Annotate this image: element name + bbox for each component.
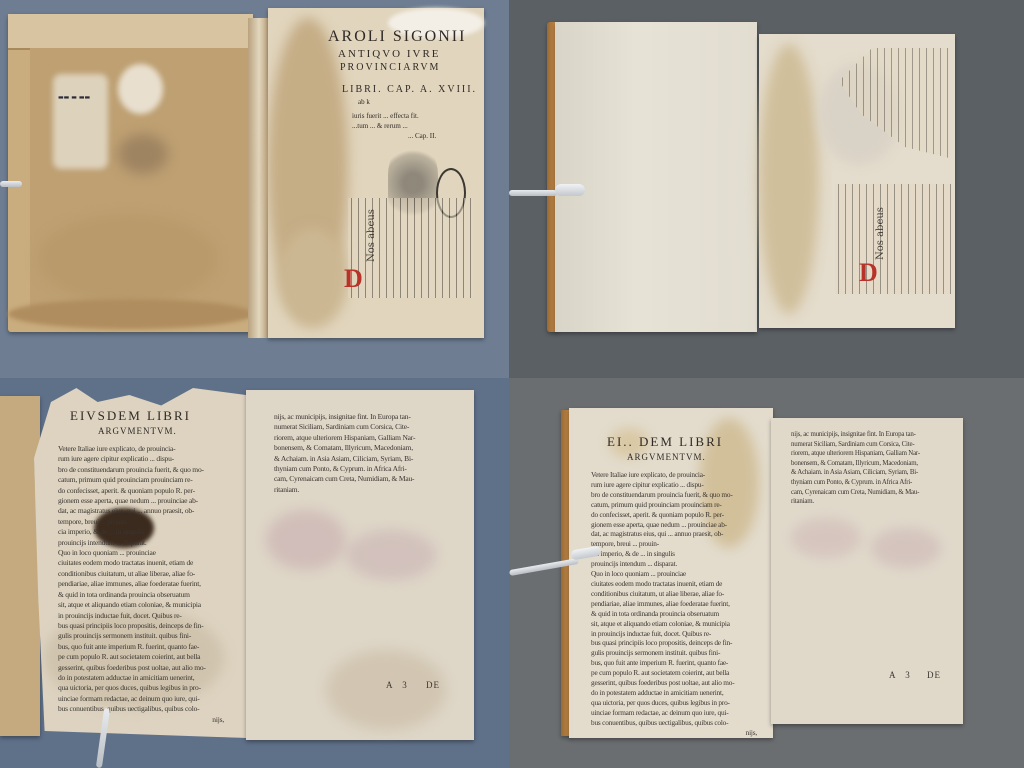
- text-line: Quo in loco quoniam ... prouinciae: [591, 569, 757, 579]
- text-line: Vetere Italiae iure explicato, de prouin…: [591, 470, 757, 480]
- rubricated-initial: D: [344, 264, 363, 294]
- text-line: sit, atque et aliquando etiam coloniae, …: [591, 619, 757, 629]
- argumentum-subheading: ARGVMENTVM.: [98, 426, 177, 436]
- manuscript-incipit: Nos abeus: [368, 209, 375, 262]
- catchword: DE: [927, 670, 941, 680]
- text-line: Vetere Italiae iure explicato, de prouin…: [58, 444, 224, 454]
- text-line: ritaniam.: [791, 497, 951, 507]
- title-line-6: iuris fuerit ... effecta fit.: [352, 112, 419, 120]
- text-line: uinciae formam redactae, ac deinum quo i…: [591, 708, 757, 718]
- text-line: thyniam cum Ponto, & Cyprum. in Africa A…: [274, 464, 450, 474]
- repaired-title-page: D Nos abeus: [759, 34, 955, 328]
- text-line: bro de constituendarum prouincia fuerit,…: [58, 465, 224, 475]
- text-line: in prouincijs inductae fuit, docet. Quib…: [58, 611, 224, 621]
- text-line: qua uictoria, per quos duces, quibus leg…: [58, 683, 224, 693]
- text-line: tempore, breui ... prouin-: [591, 539, 757, 549]
- panel-bottom-right-after: EI.. DEM LIBRI ARGVMENTVM. Vetere Italia…: [509, 378, 1024, 768]
- text-line: gulis prouincijs sermonem instituit. qui…: [591, 648, 757, 658]
- text-line: gionem esse aperta, quae nedum ... proui…: [591, 520, 757, 530]
- text-line: prouincijs intendum ... disparat.: [591, 559, 757, 569]
- text-line: pe cum populo R. aut societatem coierint…: [58, 652, 224, 662]
- text-line: & quid in tota ordinanda prouincia obser…: [58, 590, 224, 600]
- text-line: cia imperio, & de ... in singulis: [58, 527, 224, 537]
- text-line: qua uictoria, per quos duces, quibus leg…: [591, 698, 757, 708]
- text-line: bus quasi principiis loco propositis, de…: [591, 638, 757, 648]
- text-line: do in potestatem adductae in amicitiam u…: [58, 673, 224, 683]
- text-line: numerat Siciliam, Sardiniam cum Corsica,…: [791, 440, 951, 450]
- title-line-2: ANTIQVO IVRE: [338, 48, 441, 60]
- argumentum-subheading: ARGVMENTVM.: [627, 452, 706, 462]
- title-line-7: ...tum ... & rerum ...: [352, 122, 408, 130]
- text-line: in prouincijs inductae fuit, docet. Quib…: [591, 629, 757, 639]
- text-line: do in potestatem adductae in amicitiam u…: [591, 688, 757, 698]
- inside-front-board: ▬▬ ▬ ▬▬: [8, 14, 253, 332]
- title-page: AROLI SIGONII ANTIQVO IVRE PROVINCIARVM …: [268, 8, 484, 338]
- catchword: DE: [426, 680, 440, 690]
- title-line-5: ab k: [358, 98, 370, 106]
- text-line: pendiariae, aliae immunes, aliae foedera…: [58, 579, 224, 589]
- text-line: bus conuentibus, quibus uectigalibus, qu…: [58, 704, 224, 714]
- panel-bottom-left-before: EIVSDEM LIBRI ARGVMENTVM. Vetere Italiae…: [0, 378, 509, 768]
- text-line: gionem esse aperta, quae nedum ... proui…: [58, 496, 224, 506]
- text-line: bus, quo fuit ante imperium R. fuerint, …: [58, 642, 224, 652]
- argumentum-text-right: nijs, ac municipijs, insignitae fint. In…: [791, 430, 951, 507]
- title-line-3: PROVINCIARVM: [340, 62, 440, 73]
- spatula-tool-tip: [555, 184, 585, 196]
- argumentum-right-page-repaired: nijs, ac municipijs, insignitae fint. In…: [771, 418, 963, 724]
- text-line: gesserint, quibus foederibus post uoltae…: [58, 663, 224, 673]
- argumentum-heading: EIVSDEM LIBRI: [70, 408, 191, 424]
- text-line: uinciae formam redactae, ac deinum quo i…: [58, 694, 224, 704]
- book-spine: [248, 18, 270, 338]
- argumentum-left-page-repaired: EI.. DEM LIBRI ARGVMENTVM. Vetere Italia…: [569, 408, 773, 738]
- text-line: bro de constituendarum prouincia fuerit,…: [591, 490, 757, 500]
- text-line: riorem, atque ulteriorem Hispaniam, Gall…: [791, 449, 951, 459]
- text-line: nijs, ac municipijs, insignitae fint. In…: [791, 430, 951, 440]
- text-line: dat, ac magistratus eius, qui ... annuo …: [591, 529, 757, 539]
- text-line: pe cum populo R. aut societatem coierint…: [591, 668, 757, 678]
- text-line: dat, ac magistratus eius, qui ... annuo …: [58, 506, 224, 516]
- text-line: rum iure agere cipitur explicatio ... di…: [591, 480, 757, 490]
- new-blank-endleaf: [555, 22, 757, 332]
- text-line: catum, primum quid prouinciam prouinciam…: [58, 475, 224, 485]
- text-line: nijs, ac municipijs, insignitae fint. In…: [274, 412, 450, 422]
- argumentum-text-left: Vetere Italiae iure explicato, de prouin…: [591, 470, 757, 737]
- text-line: bus quasi principiis loco propositis, de…: [58, 621, 224, 631]
- text-line: cia imperio, & de ... in singulis: [591, 549, 757, 559]
- spatula-tool: [0, 181, 22, 187]
- text-line: conditionibus ciuitatum, ut aliae libera…: [591, 589, 757, 599]
- title-line-8: ... Cap. II.: [408, 132, 436, 140]
- text-line: nijs,: [58, 715, 224, 725]
- text-line: ciuitates eodem modo tractatas inuenit, …: [58, 558, 224, 568]
- argumentum-text-right: nijs, ac municipijs, insignitae fint. In…: [274, 412, 450, 495]
- text-line: do confecisset, aperit. & quoniam populo…: [591, 510, 757, 520]
- text-line: conditionibus ciuitatum, ut aliae libera…: [58, 569, 224, 579]
- text-line: bonensem, & Comatam, Illyricum, Macedoni…: [791, 459, 951, 469]
- text-line: Quo in loco quoniam ... prouinciae: [58, 548, 224, 558]
- text-line: gulis prouincijs sermonem instituit. qui…: [58, 631, 224, 641]
- text-line: ciuitates eodem modo tractatas inuenit, …: [591, 579, 757, 589]
- text-line: & quid in tota ordinanda prouincia obser…: [591, 609, 757, 619]
- text-line: cam, Cyrenaicam cum Creta, Numidiam, & M…: [274, 474, 450, 484]
- text-line: ritaniam.: [274, 485, 450, 495]
- text-line: sit, atque et aliquando etiam coloniae, …: [58, 600, 224, 610]
- spatula-tool: [509, 190, 557, 196]
- panel-top-left-before: ▬▬ ▬ ▬▬ AROLI SIGONII ANTIQVO IVRE PROVI…: [0, 0, 509, 378]
- title-line-1: AROLI SIGONII: [328, 28, 466, 46]
- signature-mark: A 3: [889, 670, 914, 680]
- text-line: pendiariae, aliae immunes, aliae foedera…: [591, 599, 757, 609]
- text-line: gesserint, quibus foederibus post uoltae…: [591, 678, 757, 688]
- text-line: tempore, breui ... prouin-: [58, 517, 224, 527]
- text-line: catum, primum quid prouinciam prouinciam…: [591, 500, 757, 510]
- board-edge-left: [0, 396, 40, 736]
- argumentum-text-left: Vetere Italiae iure explicato, de prouin…: [58, 444, 224, 725]
- manuscript-fragment-lower: [835, 184, 951, 294]
- text-line: & Achaiam. in Asia Asiam, Ciliciam, Syri…: [791, 468, 951, 478]
- text-line: cam, Cyrenaicam cum Creta, Numidiam, & M…: [791, 488, 951, 498]
- text-line: & Achaiam. in Asia Asiam, Ciliciam, Syri…: [274, 454, 450, 464]
- argumentum-left-page: EIVSDEM LIBRI ARGVMENTVM. Vetere Italiae…: [34, 388, 246, 738]
- text-line: bus, quo fuit ante imperium R. fuerint, …: [591, 658, 757, 668]
- text-line: do confecisset, aperit. & quoniam populo…: [58, 486, 224, 496]
- panel-top-right-after: D Nos abeus: [509, 0, 1024, 378]
- text-line: nijs,: [591, 728, 757, 738]
- ex-libris-label: ▬▬ ▬ ▬▬: [58, 94, 90, 101]
- text-line: rum iure agere cipitur explicatio ... di…: [58, 454, 224, 464]
- text-line: bus conuentibus, quibus uectigalibus, qu…: [591, 718, 757, 728]
- text-line: riorem, atque ulteriorem Hispaniam, Gall…: [274, 433, 450, 443]
- manuscript-incipit: Nos abeus: [877, 207, 884, 260]
- text-line: thyniam cum Ponto, & Cyprum. in Africa A…: [791, 478, 951, 488]
- rubricated-initial: D: [859, 258, 878, 288]
- text-line: numerat Siciliam, Sardiniam cum Corsica,…: [274, 422, 450, 432]
- signature-mark: A 3: [386, 680, 411, 690]
- title-line-4: LIBRI. CAP. A. XVIII.: [342, 84, 477, 95]
- text-line: prouincijs intendum ... disparat.: [58, 538, 224, 548]
- argumentum-right-page: nijs, ac municipijs, insignitae fint. In…: [246, 390, 474, 740]
- argumentum-heading: EI.. DEM LIBRI: [607, 434, 723, 450]
- text-line: bonensem, & Comatam, Illyricum, Macedoni…: [274, 443, 450, 453]
